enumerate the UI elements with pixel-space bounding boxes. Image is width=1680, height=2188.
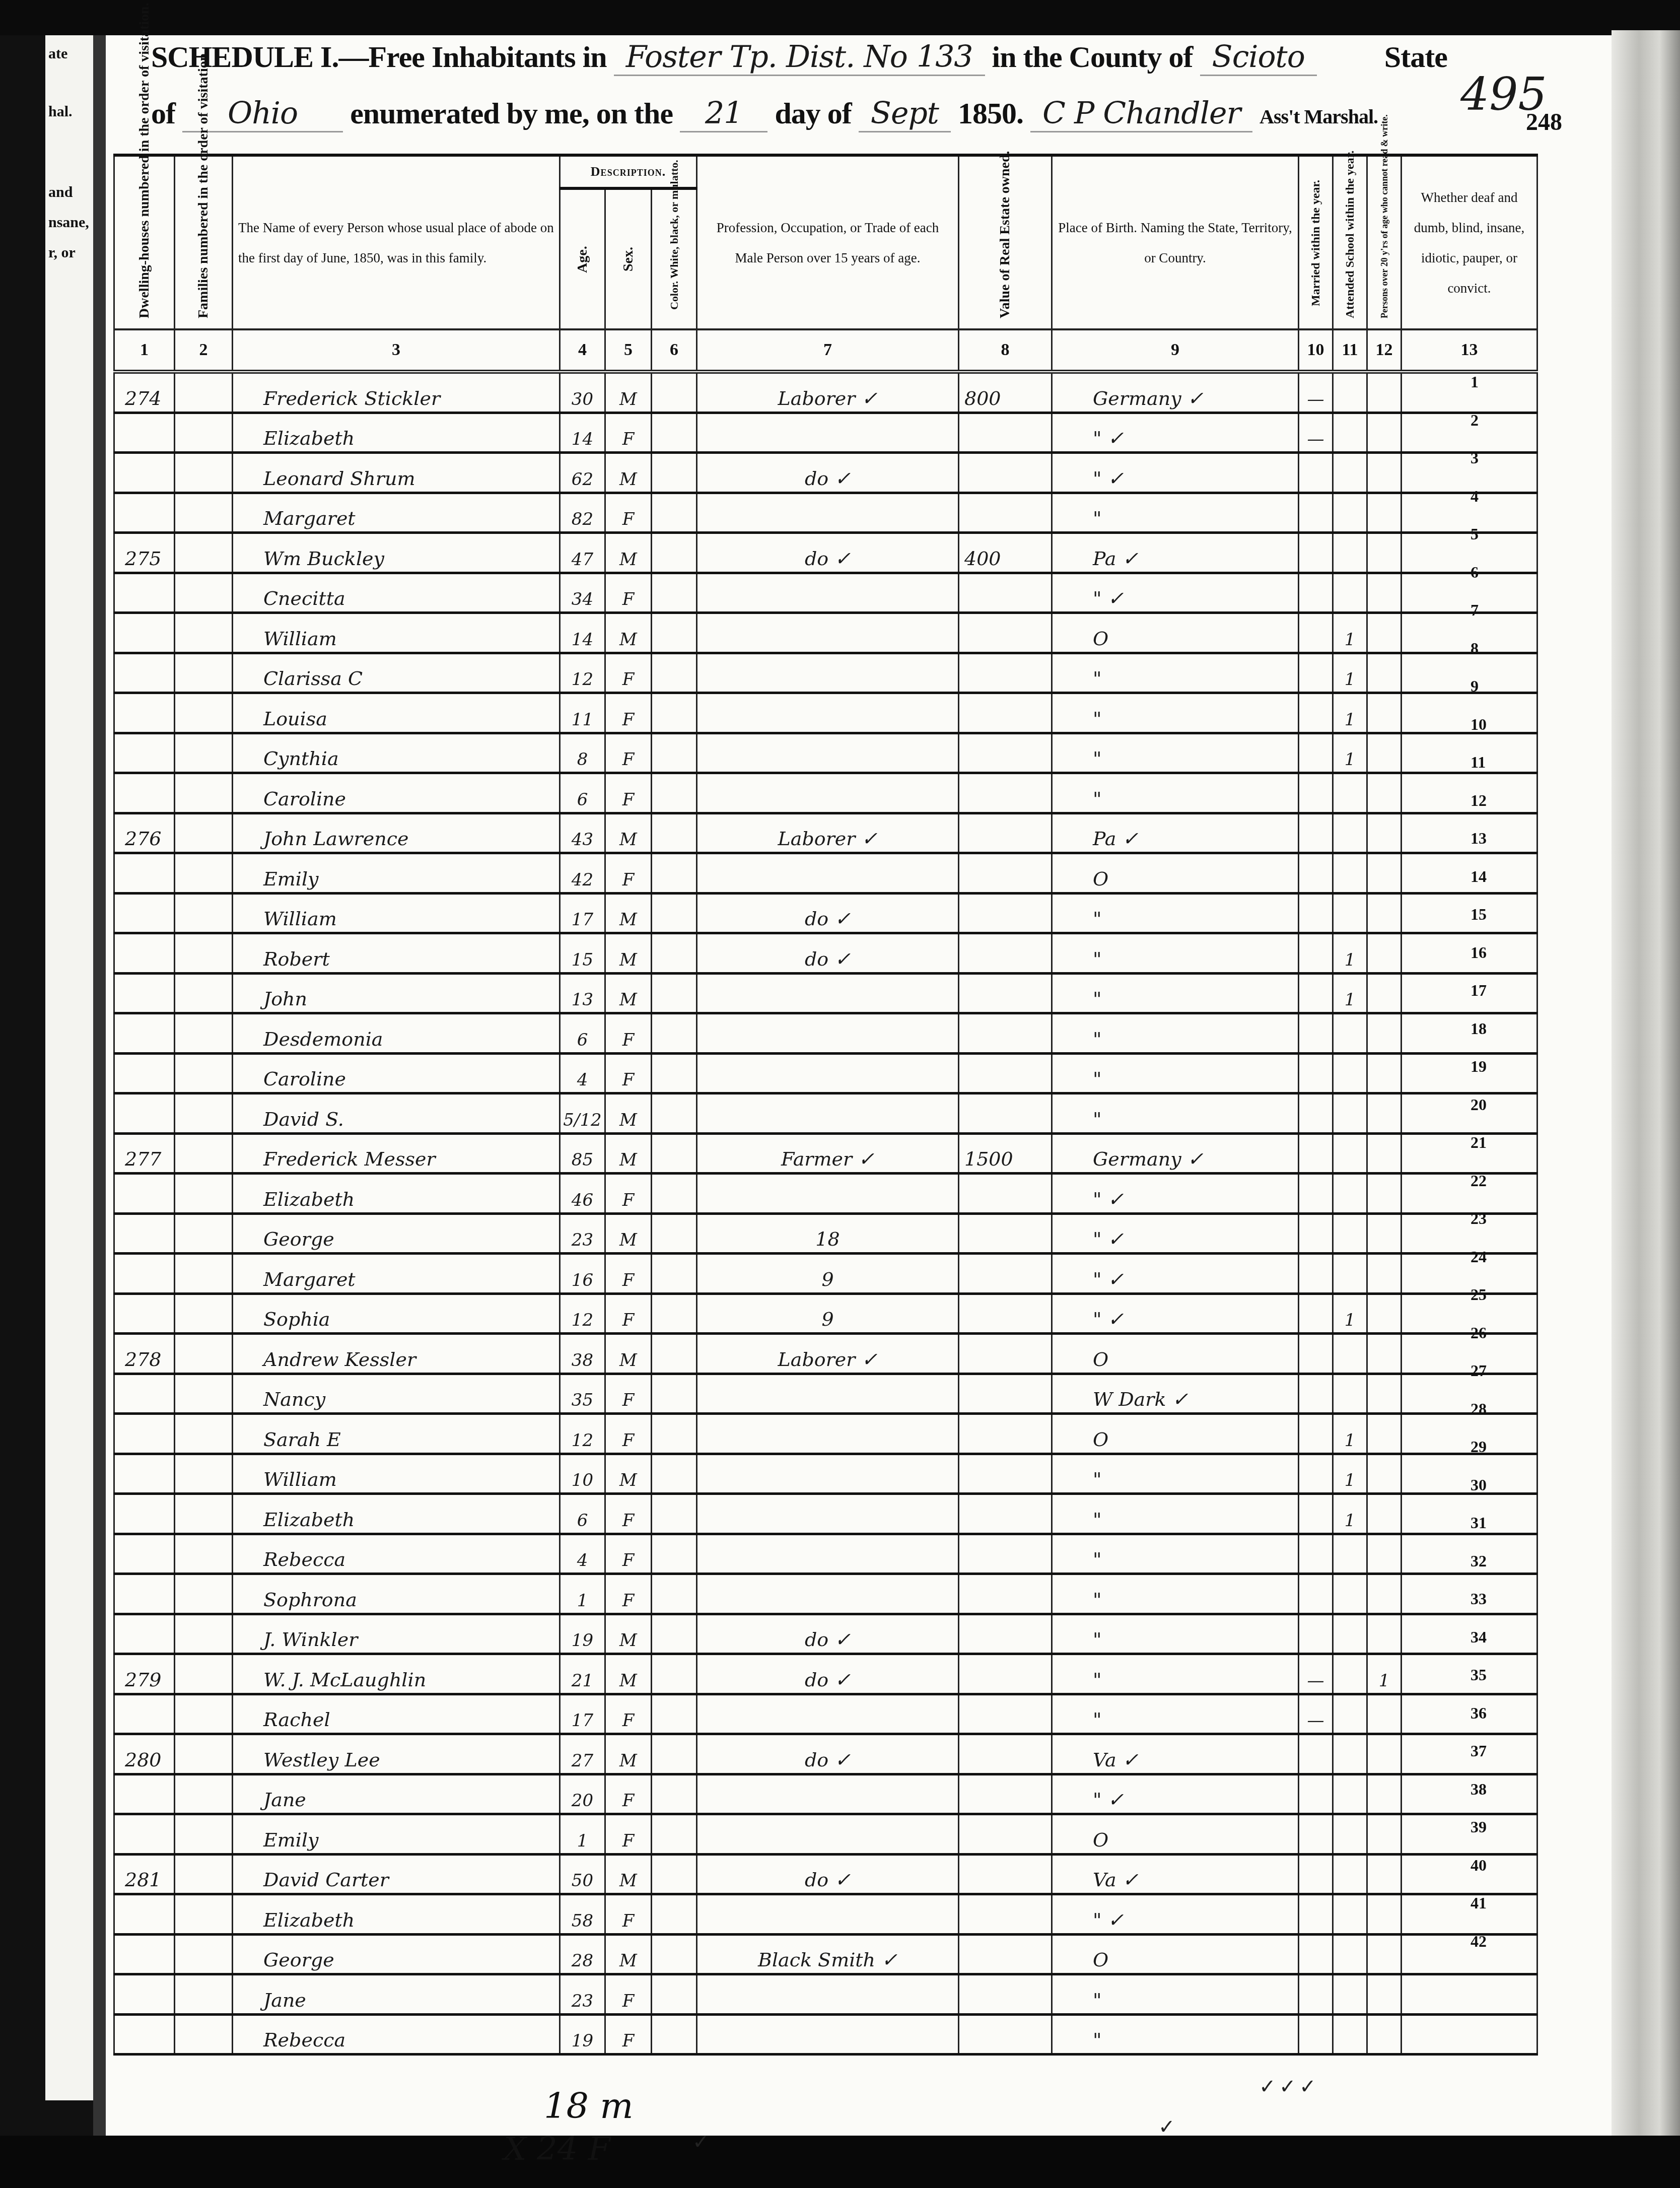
dwelling-number [114, 1254, 175, 1294]
cannot-read-cell [1367, 1293, 1402, 1334]
married-cell [1299, 2014, 1333, 2055]
age-cell: 35 [560, 1374, 605, 1414]
condition-cell [1402, 1534, 1537, 1574]
person-name: Cynthia [233, 733, 560, 773]
condition-cell [1402, 1694, 1537, 1734]
sex-cell: M [605, 933, 652, 974]
sex-cell: M [605, 613, 652, 653]
birthplace-cell: Germany ✓ [1052, 372, 1299, 413]
school-cell: 1 [1333, 653, 1367, 693]
person-name: Caroline [233, 773, 560, 813]
column-number: 6 [652, 329, 697, 372]
married-cell [1299, 1894, 1333, 1935]
sex-cell: F [605, 773, 652, 813]
condition-cell [1402, 1334, 1537, 1374]
birthplace-cell: Pa ✓ [1052, 533, 1299, 573]
family-number [175, 1454, 233, 1494]
condition-cell [1402, 453, 1537, 493]
real-estate-cell [959, 453, 1052, 493]
person-name: Emily [233, 1814, 560, 1855]
sex-cell: M [605, 973, 652, 1013]
family-number [175, 372, 233, 413]
color-cell [652, 1174, 697, 1214]
birthplace-cell: O [1052, 1414, 1299, 1454]
family-number [175, 493, 233, 533]
real-estate-cell [959, 1574, 1052, 1614]
line-number: 20 [1471, 1096, 1487, 1114]
school-cell [1333, 1174, 1367, 1214]
age-cell: 10 [560, 1454, 605, 1494]
color-cell [652, 653, 697, 693]
line-number: 22 [1471, 1172, 1487, 1190]
real-estate-cell [959, 1854, 1052, 1894]
column-number: 4 [560, 329, 605, 372]
real-estate-cell: 1500 [959, 1133, 1052, 1174]
dwelling-number [114, 853, 175, 894]
dwelling-number [114, 1053, 175, 1093]
dwelling-number [114, 1093, 175, 1134]
birthplace-cell: " ✓ [1052, 1213, 1299, 1254]
dwelling-number [114, 1934, 175, 1974]
school-cell [1333, 1734, 1367, 1774]
line-number: 28 [1471, 1400, 1487, 1418]
sex-cell: F [605, 693, 652, 733]
column-header-name: The Name of every Person whose usual pla… [233, 155, 560, 329]
occupation-cell [697, 733, 959, 773]
school-cell [1333, 413, 1367, 453]
color-cell [652, 1934, 697, 1974]
sex-cell: F [605, 1293, 652, 1334]
married-cell [1299, 1174, 1333, 1214]
school-cell [1333, 372, 1367, 413]
married-cell [1299, 813, 1333, 853]
line-number: 12 [1471, 791, 1487, 810]
age-cell: 27 [560, 1734, 605, 1774]
table-row: Elizabeth58F" ✓ [114, 1894, 1537, 1935]
occupation-cell [697, 1053, 959, 1093]
family-number [175, 973, 233, 1013]
person-name: David Carter [233, 1854, 560, 1894]
real-estate-cell: 400 [959, 533, 1052, 573]
check-mark: ✓ [1299, 2075, 1316, 2098]
person-name: John Lawrence [233, 813, 560, 853]
age-cell: 38 [560, 1334, 605, 1374]
person-name: Caroline [233, 1053, 560, 1093]
line-number: 26 [1471, 1324, 1487, 1342]
real-estate-cell [959, 1534, 1052, 1574]
color-cell [652, 613, 697, 653]
tally-males: 18 m [544, 2085, 634, 2127]
line-number: 19 [1471, 1057, 1487, 1076]
real-estate-cell [959, 653, 1052, 693]
line-number: 5 [1471, 525, 1479, 543]
scan-top-border [0, 0, 1680, 35]
dwelling-number [114, 1454, 175, 1494]
married-cell [1299, 1934, 1333, 1974]
marshal-signature: C P Chandler [1030, 96, 1252, 132]
real-estate-cell [959, 493, 1052, 533]
age-cell: 1 [560, 1574, 605, 1614]
table-row: 280Westley Lee27Mdo ✓Va ✓ [114, 1734, 1537, 1774]
person-name: John [233, 973, 560, 1013]
family-number [175, 1213, 233, 1254]
school-cell: 1 [1333, 693, 1367, 733]
table-row: Cnecitta34F" ✓ [114, 573, 1537, 613]
enumeration-line: of Ohio enumerated by me, on the 21 day … [151, 96, 1378, 131]
dwelling-number: 276 [114, 813, 175, 853]
family-number [175, 533, 233, 573]
sex-cell: F [605, 1414, 652, 1454]
occupation-cell [697, 1374, 959, 1414]
married-cell [1299, 1734, 1333, 1774]
condition-cell [1402, 613, 1537, 653]
color-cell [652, 493, 697, 533]
sex-cell: M [605, 533, 652, 573]
color-cell [652, 1213, 697, 1254]
color-cell [652, 1654, 697, 1694]
condition-cell [1402, 1574, 1537, 1614]
family-number [175, 1934, 233, 1974]
family-number [175, 1854, 233, 1894]
line-number: 1 [1471, 373, 1479, 391]
of-label: of [151, 97, 175, 130]
sex-cell: M [605, 1454, 652, 1494]
line-number: 11 [1471, 753, 1486, 772]
age-cell: 12 [560, 653, 605, 693]
line-number: 30 [1471, 1476, 1487, 1494]
school-cell [1333, 573, 1367, 613]
real-estate-cell [959, 773, 1052, 813]
condition-cell [1402, 1293, 1537, 1334]
family-number [175, 893, 233, 933]
dwelling-number [114, 1814, 175, 1855]
birthplace-cell: " [1052, 2014, 1299, 2055]
tally-total: X 24 F [504, 2131, 610, 2168]
dwelling-number [114, 933, 175, 974]
year-label: 1850. [958, 97, 1023, 130]
real-estate-cell [959, 893, 1052, 933]
table-row: Rachel17F"— [114, 1694, 1537, 1734]
dwelling-number: 274 [114, 372, 175, 413]
birthplace-cell: " ✓ [1052, 413, 1299, 453]
occupation-cell: Black Smith ✓ [697, 1934, 959, 1974]
real-estate-cell [959, 573, 1052, 613]
married-cell [1299, 1334, 1333, 1374]
dwelling-number [114, 1374, 175, 1414]
person-name: William [233, 893, 560, 933]
line-number: 14 [1471, 867, 1487, 886]
sex-cell: M [605, 1734, 652, 1774]
line-number: 29 [1471, 1438, 1487, 1456]
cannot-read-cell [1367, 1534, 1402, 1574]
condition-cell [1402, 653, 1537, 693]
dwelling-number: 280 [114, 1734, 175, 1774]
color-cell [652, 933, 697, 974]
cannot-read-cell [1367, 1814, 1402, 1855]
color-cell [652, 413, 697, 453]
color-cell [652, 1254, 697, 1294]
condition-cell [1402, 1614, 1537, 1654]
color-cell [652, 1093, 697, 1134]
table-row: Sophia12F9" ✓1 [114, 1293, 1537, 1334]
condition-cell [1402, 1494, 1537, 1534]
age-cell: 12 [560, 1414, 605, 1454]
cannot-read-cell [1367, 413, 1402, 453]
real-estate-cell [959, 1814, 1052, 1855]
real-estate-cell [959, 1174, 1052, 1214]
cannot-read-cell [1367, 693, 1402, 733]
color-cell [652, 1013, 697, 1054]
age-cell: 23 [560, 1213, 605, 1254]
condition-cell [1402, 1414, 1537, 1454]
dwelling-number [114, 733, 175, 773]
table-row: Caroline4F" [114, 1053, 1537, 1093]
sex-cell: F [605, 1574, 652, 1614]
district-field: Foster Tp. Dist. No 133 [614, 39, 985, 76]
sex-cell: M [605, 1934, 652, 1974]
dwelling-number: 281 [114, 1854, 175, 1894]
school-cell: 1 [1333, 1293, 1367, 1334]
person-name: Elizabeth [233, 413, 560, 453]
column-number: 11 [1333, 329, 1367, 372]
line-number: 13 [1471, 829, 1487, 848]
cannot-read-cell [1367, 1133, 1402, 1174]
color-cell [652, 1734, 697, 1774]
cannot-read-cell [1367, 1734, 1402, 1774]
column-number: 5 [605, 329, 652, 372]
family-number [175, 1254, 233, 1294]
married-cell [1299, 453, 1333, 493]
real-estate-cell [959, 413, 1052, 453]
condition-cell [1402, 773, 1537, 813]
column-header-birthplace: Place of Birth. Naming the State, Territ… [1052, 155, 1299, 329]
birthplace-cell: " [1052, 1454, 1299, 1494]
school-cell [1333, 1774, 1367, 1814]
school-cell: 1 [1333, 933, 1367, 974]
person-name: Desdemonia [233, 1013, 560, 1054]
occupation-cell [697, 973, 959, 1013]
occupation-cell: 9 [697, 1293, 959, 1334]
table-row: Louisa11F"1 [114, 693, 1537, 733]
family-number [175, 1494, 233, 1534]
color-cell [652, 1894, 697, 1935]
column-header-dwelling: Dwelling-houses numbered in the order of… [114, 155, 175, 329]
sex-cell: F [605, 1374, 652, 1414]
school-cell [1333, 773, 1367, 813]
condition-cell [1402, 813, 1537, 853]
sex-cell: F [605, 1974, 652, 2015]
person-name: W. J. McLaughlin [233, 1654, 560, 1694]
table-row: Cynthia8F"1 [114, 733, 1537, 773]
birthplace-cell: " [1052, 933, 1299, 974]
married-cell [1299, 1013, 1333, 1054]
occupation-cell: 18 [697, 1213, 959, 1254]
sex-cell: M [605, 1614, 652, 1654]
age-cell: 6 [560, 1013, 605, 1054]
column-header-real-estate: Value of Real Estate owned. [959, 155, 1052, 329]
real-estate-cell [959, 1053, 1052, 1093]
previous-page-fragment: nsane, [48, 214, 89, 231]
age-cell: 6 [560, 1494, 605, 1534]
sex-cell: F [605, 493, 652, 533]
line-number: 33 [1471, 1590, 1487, 1608]
schedule-title-line: SCHEDULE I.—Free Inhabitants in Foster T… [151, 39, 1447, 75]
table-row: Emily42FO [114, 853, 1537, 894]
real-estate-cell [959, 933, 1052, 974]
column-number: 12 [1367, 329, 1402, 372]
school-cell [1333, 893, 1367, 933]
color-cell [652, 733, 697, 773]
check-mark: ✓ [1158, 2115, 1175, 2139]
color-cell [652, 973, 697, 1013]
married-cell [1299, 493, 1333, 533]
occupation-cell [697, 1694, 959, 1734]
table-row: 278Andrew Kessler38MLaborer ✓O [114, 1334, 1537, 1374]
dwelling-number [114, 1974, 175, 2015]
column-header-condition: Whether deaf and dumb, blind, insane, id… [1402, 155, 1537, 329]
table-row: Emily1FO [114, 1814, 1537, 1855]
occupation-cell: do ✓ [697, 1854, 959, 1894]
real-estate-cell [959, 1934, 1052, 1974]
table-row: Margaret16F9" ✓ [114, 1254, 1537, 1294]
cannot-read-cell [1367, 1934, 1402, 1974]
age-cell: 17 [560, 893, 605, 933]
family-number [175, 1694, 233, 1734]
dwelling-number [114, 1614, 175, 1654]
line-number: 34 [1471, 1628, 1487, 1647]
cannot-read-cell [1367, 2014, 1402, 2055]
dwelling-number [114, 413, 175, 453]
real-estate-cell [959, 1374, 1052, 1414]
person-name: Margaret [233, 1254, 560, 1294]
schedule-label: SCHEDULE I.—Free Inhabitants in [151, 40, 607, 74]
school-cell [1333, 1334, 1367, 1374]
cannot-read-cell [1367, 1574, 1402, 1614]
birthplace-cell: " ✓ [1052, 1254, 1299, 1294]
occupation-cell [697, 1894, 959, 1935]
birthplace-cell: " [1052, 1694, 1299, 1734]
cannot-read-cell [1367, 613, 1402, 653]
family-number [175, 1053, 233, 1093]
age-cell: 13 [560, 973, 605, 1013]
table-row: 281David Carter50Mdo ✓Va ✓ [114, 1854, 1537, 1894]
sex-cell: F [605, 1494, 652, 1534]
birthplace-cell: " [1052, 653, 1299, 693]
family-number [175, 853, 233, 894]
school-cell [1333, 1814, 1367, 1855]
school-cell [1333, 533, 1367, 573]
occupation-cell: do ✓ [697, 1614, 959, 1654]
color-cell [652, 893, 697, 933]
cannot-read-cell [1367, 1093, 1402, 1134]
birthplace-cell: O [1052, 1934, 1299, 1974]
birthplace-cell: O [1052, 853, 1299, 894]
married-cell [1299, 693, 1333, 733]
dwelling-number [114, 1414, 175, 1454]
age-cell: 42 [560, 853, 605, 894]
birthplace-cell: " [1052, 1013, 1299, 1054]
age-cell: 14 [560, 413, 605, 453]
cannot-read-cell [1367, 853, 1402, 894]
occupation-cell: do ✓ [697, 1654, 959, 1694]
sex-cell: M [605, 1133, 652, 1174]
previous-page-fragment: and [48, 184, 73, 201]
age-cell: 1 [560, 1814, 605, 1855]
birthplace-cell: " ✓ [1052, 1894, 1299, 1935]
person-name: Westley Lee [233, 1734, 560, 1774]
sex-cell: F [605, 2014, 652, 2055]
person-name: Rebecca [233, 1534, 560, 1574]
married-cell [1299, 533, 1333, 573]
occupation-cell: Laborer ✓ [697, 1334, 959, 1374]
cannot-read-cell [1367, 1174, 1402, 1214]
line-number: 7 [1471, 601, 1479, 620]
column-number: 10 [1299, 329, 1333, 372]
line-number: 9 [1471, 677, 1479, 696]
family-number [175, 653, 233, 693]
occupation-cell [697, 1774, 959, 1814]
dwelling-number: 279 [114, 1654, 175, 1694]
sex-cell: M [605, 1334, 652, 1374]
day-of-label: day of [775, 97, 851, 130]
line-number: 25 [1471, 1285, 1487, 1304]
cannot-read-cell [1367, 813, 1402, 853]
person-name: Sophrona [233, 1574, 560, 1614]
column-number: 8 [959, 329, 1052, 372]
family-number [175, 453, 233, 493]
condition-cell [1402, 573, 1537, 613]
color-cell [652, 1774, 697, 1814]
cannot-read-cell [1367, 1374, 1402, 1414]
dwelling-number [114, 1013, 175, 1054]
birthplace-cell: " [1052, 1614, 1299, 1654]
column-header-occupation: Profession, Occupation, or Trade of each… [697, 155, 959, 329]
real-estate-cell [959, 2014, 1052, 2055]
line-number: 36 [1471, 1704, 1487, 1723]
family-number [175, 1414, 233, 1454]
sex-cell: M [605, 893, 652, 933]
sex-cell: F [605, 1774, 652, 1814]
printed-page-number: 248 [1526, 108, 1562, 136]
person-name: Sarah E [233, 1414, 560, 1454]
married-cell [1299, 893, 1333, 933]
sex-cell: F [605, 733, 652, 773]
family-number [175, 1174, 233, 1214]
line-number: 8 [1471, 639, 1479, 658]
table-row: Elizabeth14F" ✓— [114, 413, 1537, 453]
condition-cell [1402, 533, 1537, 573]
birthplace-cell: " [1052, 1654, 1299, 1694]
table-row: Clarissa C12F"1 [114, 653, 1537, 693]
married-cell [1299, 1574, 1333, 1614]
school-cell [1333, 1854, 1367, 1894]
family-number [175, 1774, 233, 1814]
line-number: 32 [1471, 1552, 1487, 1570]
occupation-cell [697, 613, 959, 653]
dwelling-number [114, 693, 175, 733]
table-row: Margaret82F" [114, 493, 1537, 533]
table-row: Jane23F" [114, 1974, 1537, 2015]
condition-cell [1402, 1454, 1537, 1494]
school-cell: 1 [1333, 1414, 1367, 1454]
school-cell [1333, 1934, 1367, 1974]
married-cell [1299, 1293, 1333, 1334]
person-name: Rachel [233, 1694, 560, 1734]
scan-bottom-border [0, 2136, 1680, 2188]
color-cell [652, 1374, 697, 1414]
cannot-read-cell [1367, 1053, 1402, 1093]
color-cell [652, 1694, 697, 1734]
